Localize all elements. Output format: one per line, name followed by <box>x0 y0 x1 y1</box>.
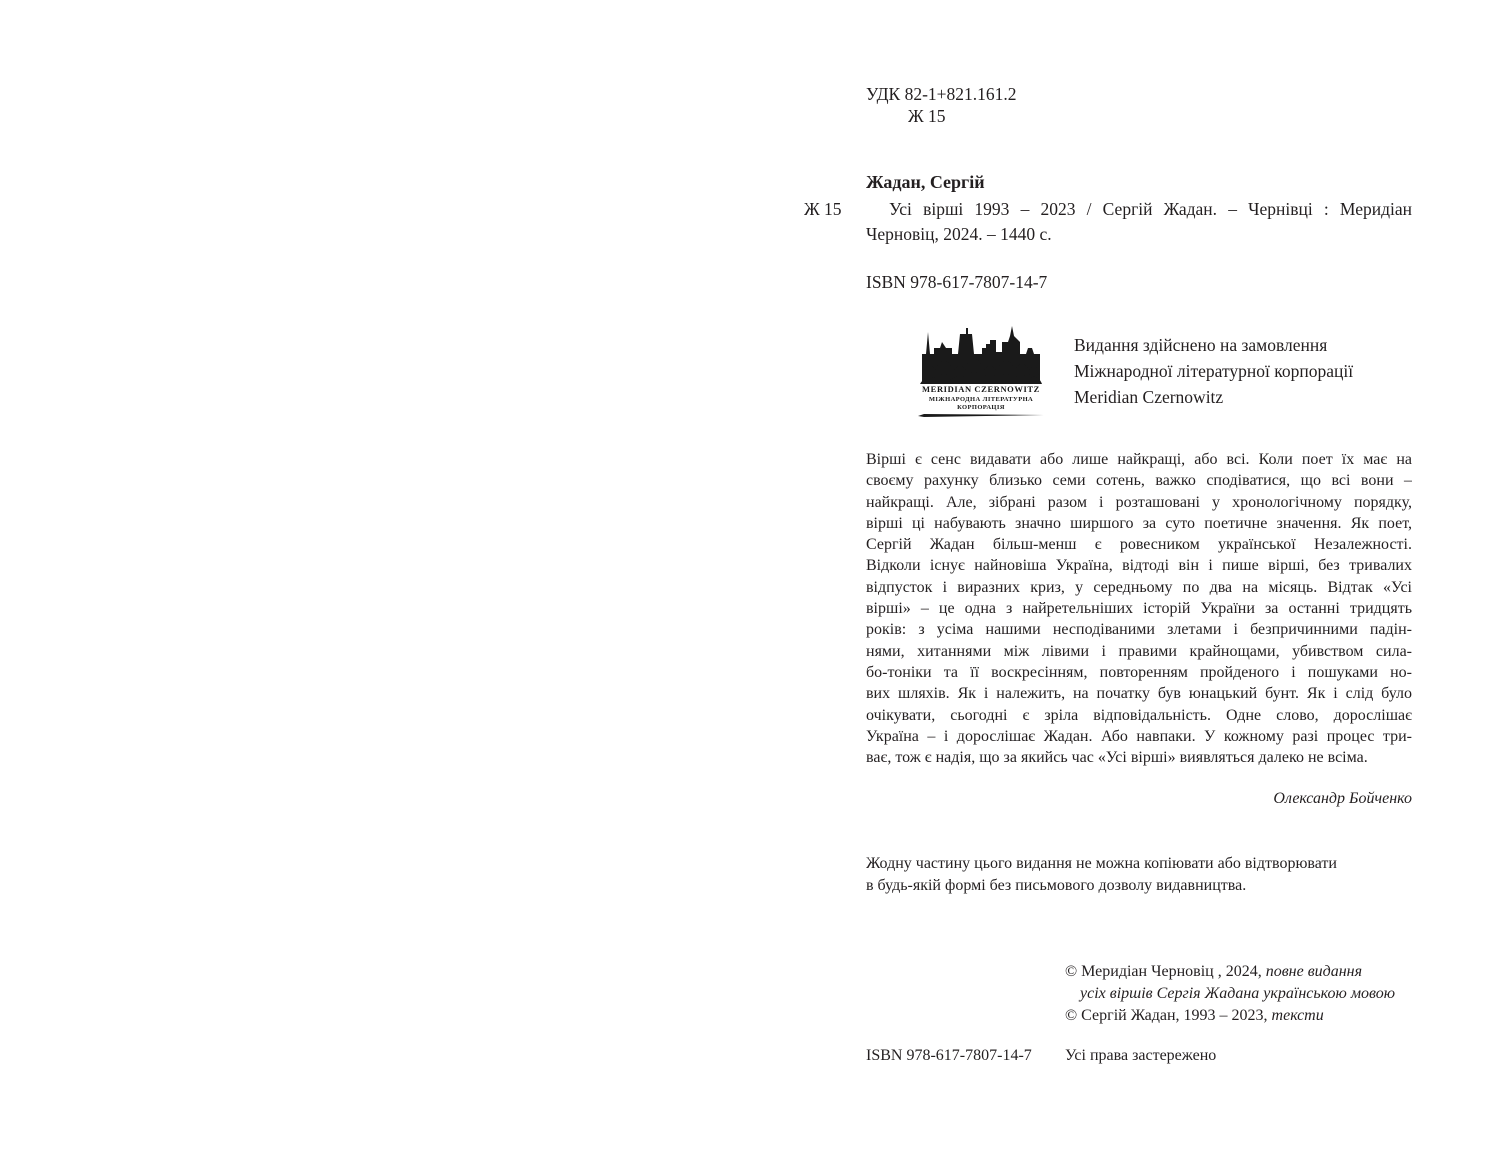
blurb-signature: Олександр Бойченко <box>1273 790 1412 808</box>
blurb-line: нями, хитаннями між лівими і правими кра… <box>866 641 1412 662</box>
commission-note: Видання здійснено на замовлення Міжнарод… <box>1074 332 1353 410</box>
commission-line: Видання здійснено на замовлення <box>1074 332 1353 358</box>
blurb-line: вих шляхів. Як і належить, на початку бу… <box>866 683 1412 704</box>
udk-classification: УДК 82-1+821.161.2 <box>866 82 1017 106</box>
publisher-copyright: © Меридіан Черновіц , 2024, повне виданн… <box>1065 961 1395 983</box>
left-page <box>0 0 756 1152</box>
rights-reserved: Усі права застережено <box>1065 1047 1216 1065</box>
rights-note-line: Жодну частину цього видання не можна коп… <box>866 853 1337 875</box>
blurb-line: Вірші є сенс видавати або лише найкращі,… <box>866 449 1412 470</box>
city-skyline-logo-icon: MERIDIAN CZERNOWITZ МІЖНАРОДНА ЛІТЕРАТУР… <box>916 324 1048 420</box>
author-name: Жадан, Сергій <box>866 172 985 193</box>
svg-text:КОРПОРАЦІЯ: КОРПОРАЦІЯ <box>957 404 1005 411</box>
commission-line: Міжнародної літературної корпорації <box>1074 358 1353 384</box>
blurb-line: Сергій Жадан більш-менш є ровесником укр… <box>866 534 1412 555</box>
author-copyright: © Сергій Жадан, 1993 – 2023, тексти <box>1065 1005 1395 1027</box>
blurb-line: вірші ці набувають значно ширшого за сут… <box>866 513 1412 534</box>
blurb: Вірші є сенс видавати або лише найкращі,… <box>866 449 1412 768</box>
blurb-line: ває, тож є надія, що за якийсь час «Усі … <box>866 747 1412 768</box>
author-sign: Ж 15 <box>908 104 946 128</box>
svg-text:МІЖНАРОДНА ЛІТЕРАТУРНА: МІЖНАРОДНА ЛІТЕРАТУРНА <box>929 396 1033 403</box>
publisher-copyright-cont: усіх віршів Сергія Жадана українською мо… <box>1065 983 1395 1005</box>
svg-text:MERIDIAN CZERNOWITZ: MERIDIAN CZERNOWITZ <box>922 384 1040 394</box>
blurb-line: Відколи існує найновіша Україна, відтоді… <box>866 555 1412 576</box>
publisher-logo: MERIDIAN CZERNOWITZ МІЖНАРОДНА ЛІТЕРАТУР… <box>916 324 1048 420</box>
blurb-line: своєму рахунку близько семи сотень, важк… <box>866 470 1412 491</box>
blurb-line: Україна – і дорослішає Жадан. Або навпак… <box>866 726 1412 747</box>
copyright-block: © Меридіан Черновіц , 2024, повне виданн… <box>1065 961 1395 1027</box>
shelf-mark: Ж 15 <box>804 197 842 221</box>
bibliographic-entry: Усі вірші 1993 – 2023 / Сергій Жадан. – … <box>866 197 1412 247</box>
blurb-line: бо-тоніки та її воскресінням, повторення… <box>866 662 1412 683</box>
blurb-line: відпусток і виразних криз, у середньому … <box>866 577 1412 598</box>
rights-note-line: в будь-якій формі без письмового дозволу… <box>866 875 1337 897</box>
blurb-line: вірші» – це одна з найретельніших історі… <box>866 598 1412 619</box>
rights-note: Жодну частину цього видання не можна коп… <box>866 853 1337 896</box>
blurb-line: найкращі. Але, зібрані разом і розташова… <box>866 492 1412 513</box>
commission-line: Meridian Czernowitz <box>1074 384 1353 410</box>
isbn: ISBN 978-617-7807-14-7 <box>866 270 1047 294</box>
footer-isbn: ISBN 978-617-7807-14-7 <box>866 1047 1032 1065</box>
blurb-line: років: з усіма нашими несподіваними злет… <box>866 619 1412 640</box>
blurb-line: очікувати, сьогодні є зріла відповідальн… <box>866 705 1412 726</box>
